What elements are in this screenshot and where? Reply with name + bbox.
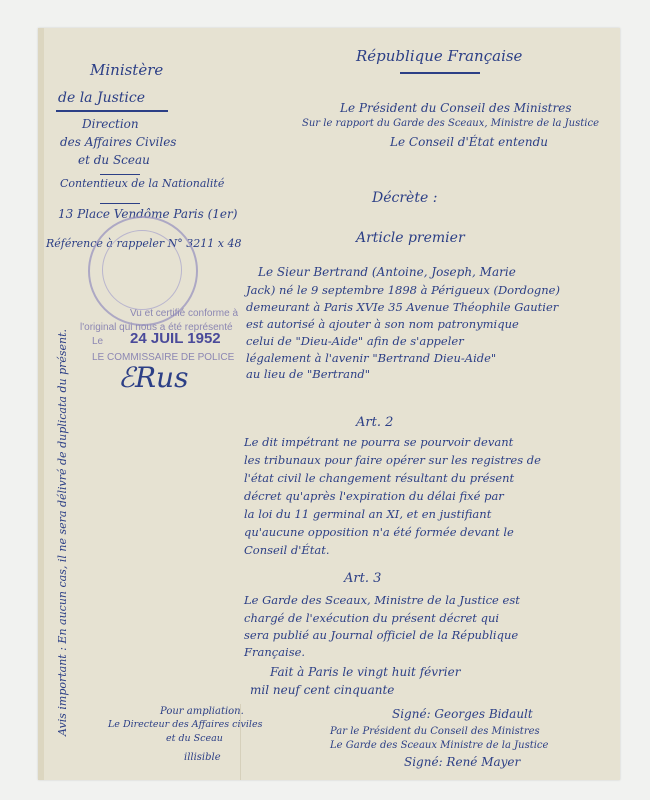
signature-by-line1: Par le Président du Conseil des Ministre… [330,726,540,738]
preamble-line1: Le Président du Conseil des Ministres [340,102,571,116]
article2-line: Le dit impétrant ne pourra se pourvoir d… [244,436,513,449]
direction-line1: Direction [82,118,139,132]
signature-by-line2: Le Garde des Sceaux Ministre de la Justi… [330,740,548,752]
divider [100,203,140,204]
article1-line: Le Sieur Bertrand (Antoine, Joseph, Mari… [258,266,516,280]
article2-line: Conseil d'État. [244,544,330,557]
preamble-line3: Le Conseil d'État entendu [390,136,548,150]
article2-line: qu'aucune opposition n'a été formée deva… [244,526,514,539]
decree-title: Décrète : [372,190,437,206]
preamble-line2: Sur le rapport du Garde des Sceaux, Mini… [302,118,599,130]
article2-line: l'état civil le changement résultant du … [244,472,514,485]
divider [56,110,168,112]
article1-line: est autorisé à ajouter à son nom patrony… [246,318,519,331]
article1-line: Jack) né le 9 septembre 1898 à Périgueux… [246,284,560,297]
article3-line: Française. [244,646,305,659]
seal-inner-ring [102,230,182,310]
commissaire-signature: ℰRus [118,362,188,394]
article3-line: sera publié au Journal officiel de la Ré… [244,629,518,642]
article2-heading: Art. 2 [356,416,393,431]
article3-line: Le Garde des Sceaux, Ministre de la Just… [244,594,520,607]
direction-line3: et du Sceau [78,154,150,168]
ampliation-line4: illisible [184,752,221,764]
stamp-date-prefix: Le [92,336,103,347]
done-line1: Fait à Paris le vingt huit février [270,666,460,680]
article1-heading: Article premier [356,230,465,246]
article3-heading: Art. 3 [344,572,381,587]
article1-line: demeurant à Paris XVIe 35 Avenue Théophi… [246,301,558,314]
ampliation-line2: Le Directeur des Affaires civiles [108,720,262,731]
stamp-line1: Vu et certifié conforme à [130,308,238,319]
divider [100,174,140,175]
article2-line: les tribunaux pour faire opérer sur les … [244,454,541,467]
department: Contentieux de la Nationalité [60,178,224,191]
ministry-line2: de la Justice [58,90,145,106]
signature-mayer: Signé: René Mayer [404,756,520,770]
signature-bidault: Signé: Georges Bidault [392,708,533,722]
done-line2: mil neuf cent cinquante [250,684,394,698]
article1-line: légalement à l'avenir "Bertrand Dieu-Aid… [246,352,496,365]
ministry-line1: Ministère [90,62,163,79]
republic-title: République Française [356,48,522,65]
margin-note: Avis important : En aucun cas, il ne ser… [56,329,69,736]
direction-line2: des Affaires Civiles [60,136,176,150]
stamp-date: 24 JUIL 1952 [130,330,221,347]
ampliation-line3: et du Sceau [166,734,223,745]
article2-line: décret qu'après l'expiration du délai fi… [244,490,504,503]
article3-line: chargé de l'exécution du présent décret … [244,612,499,625]
article1-line: au lieu de "Bertrand" [246,368,370,381]
article1-line: celui de "Dieu-Aide" afin de s'appeler [246,335,464,348]
divider [400,72,480,74]
ampliation-line1: Pour ampliation. [160,706,244,718]
article2-line: la loi du 11 germinal an XI, et en justi… [244,508,491,521]
